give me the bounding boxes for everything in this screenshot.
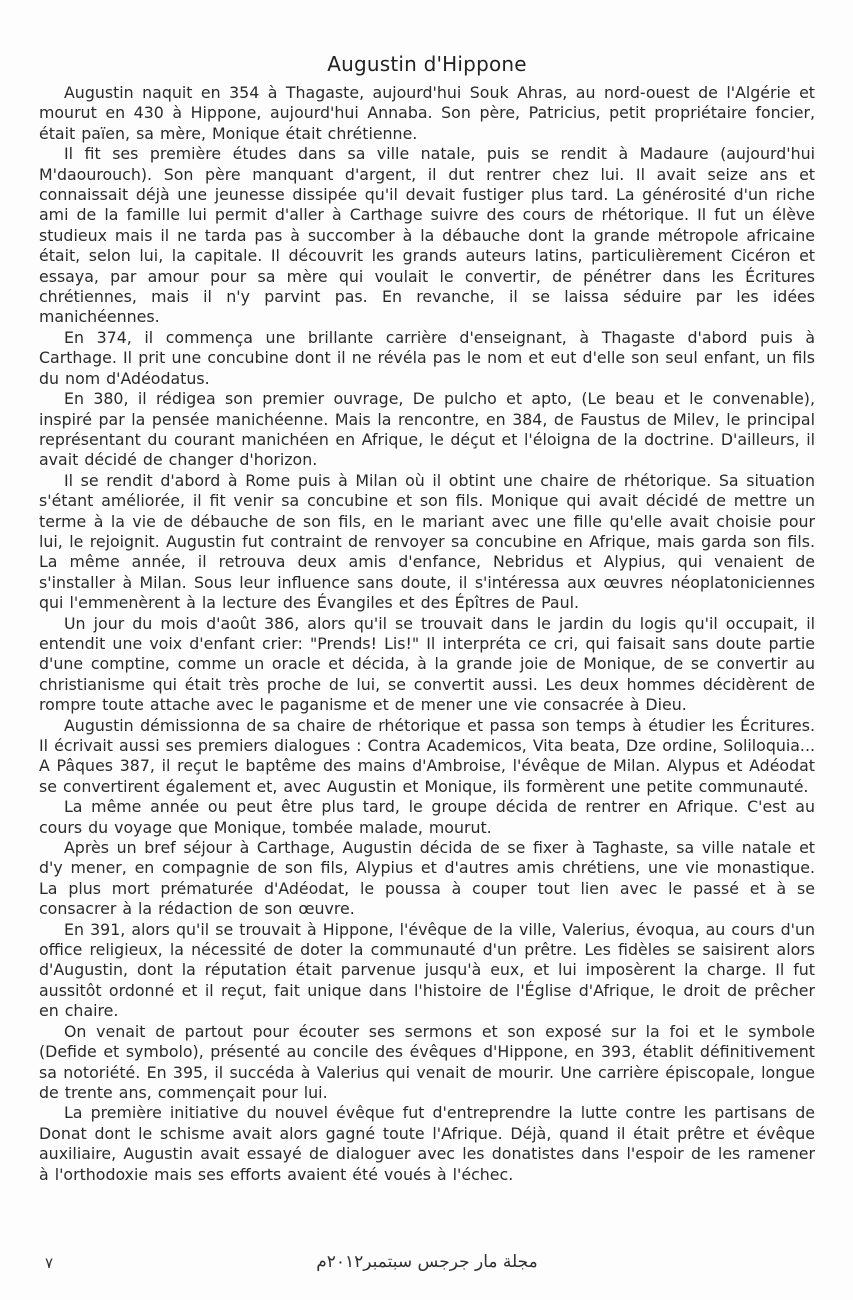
paragraph: Augustin naquit en 354 à Thagaste, aujou… — [39, 83, 815, 144]
paragraph: La même année ou peut être plus tard, le… — [39, 797, 815, 838]
page-title: Augustin d'Hippone — [39, 52, 815, 76]
paragraph: Il fit ses première études dans sa ville… — [39, 144, 815, 328]
document-body: Augustin naquit en 354 à Thagaste, aujou… — [39, 83, 815, 1185]
paragraph: Un jour du mois d'août 386, alors qu'il … — [39, 614, 815, 716]
paragraph: Il se rendit d'abord à Rome puis à Milan… — [39, 471, 815, 614]
page-footer: ٧ مجلة مار جرجس سبتمبر٢٠١٢م — [39, 1252, 815, 1278]
journal-title: مجلة مار جرجس سبتمبر٢٠١٢م — [39, 1252, 815, 1272]
paragraph: En 391, alors qu'il se trouvait à Hippon… — [39, 920, 815, 1022]
document-page: Augustin d'Hippone Augustin naquit en 35… — [0, 0, 853, 1300]
paragraph: En 374, il commença une brillante carriè… — [39, 328, 815, 389]
paragraph: La première initiative du nouvel évêque … — [39, 1103, 815, 1185]
paragraph: En 380, il rédigea son premier ouvrage, … — [39, 389, 815, 471]
paragraph: Après un bref séjour à Carthage, Augusti… — [39, 838, 815, 920]
paragraph: On venait de partout pour écouter ses se… — [39, 1022, 815, 1104]
paragraph: Augustin démissionna de sa chaire de rhé… — [39, 716, 815, 798]
